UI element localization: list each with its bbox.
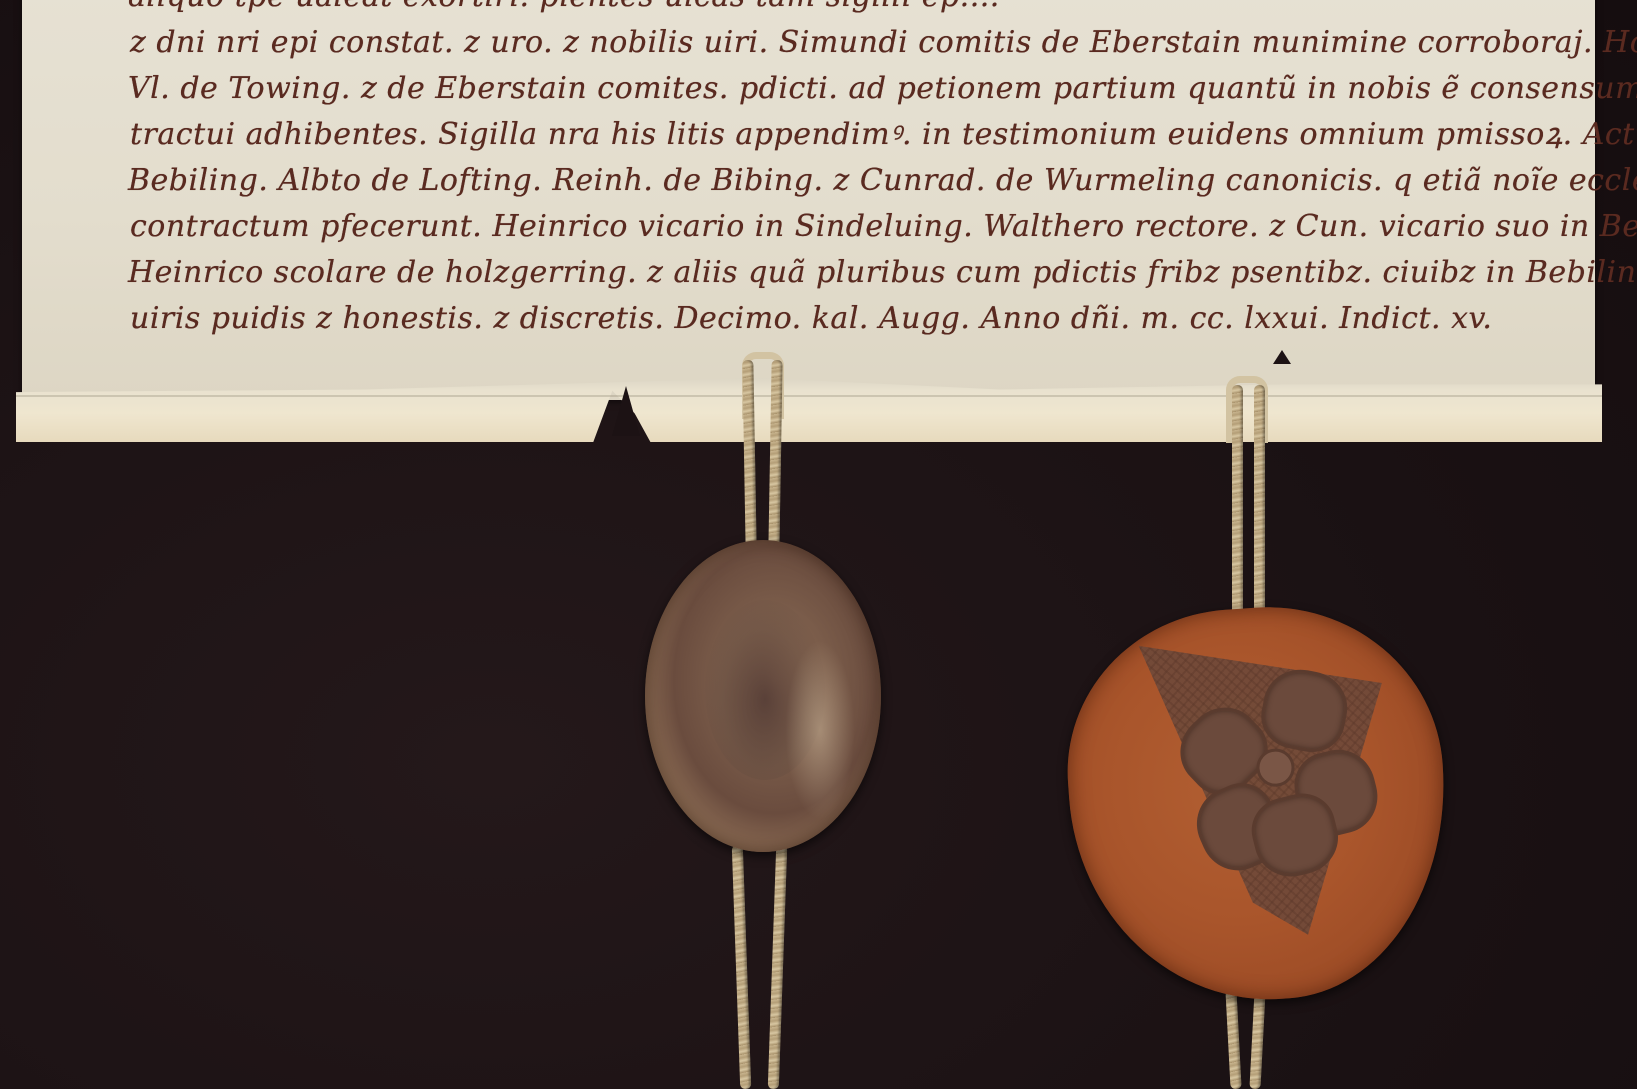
text-line-8: uiris puidis z honestis. z discretis. De… <box>130 296 1550 342</box>
left-cord-lower-a <box>732 845 752 1089</box>
right-cord-upper-a <box>1232 385 1243 625</box>
right-cord-lower-b <box>1249 990 1265 1089</box>
right-cord-upper-b <box>1254 385 1265 625</box>
rose-petal <box>1256 663 1354 758</box>
text-line-3: Vl. de Towing. z de Eberstain comites. p… <box>128 66 1548 112</box>
text-line-6: contractum pfecerunt. Heinrico vicario i… <box>130 204 1550 250</box>
text-line-1: aliquo tpe ualeat exortiri. pientes uica… <box>128 0 1548 20</box>
text-line-4: tractui adhibentes. Sigilla nra his liti… <box>130 112 1550 158</box>
left-wax-seal <box>645 540 881 852</box>
rose-center <box>1255 747 1296 788</box>
parchment-tear <box>612 386 640 436</box>
fold-crease <box>16 395 1602 397</box>
right-cord-lower-a <box>1225 990 1241 1089</box>
left-cord-upper-b <box>768 360 782 550</box>
text-line-5: Bebiling. Albto de Lofting. Reinh. de Bi… <box>128 158 1548 204</box>
parchment-sheet: aliquo tpe ualeat exortiri. pientes uica… <box>22 0 1595 400</box>
charter-text: aliquo tpe ualeat exortiri. pientes uica… <box>130 0 1550 342</box>
rose-emblem-icon <box>1166 660 1379 873</box>
seal-highlight <box>785 640 855 820</box>
text-line-7: Heinrico scolare de holzgerring. z aliis… <box>128 250 1548 296</box>
text-line-2: z dni nri epi constat. z uro. z nobilis … <box>130 20 1550 66</box>
parchment-notch <box>1273 350 1291 364</box>
right-wax-seal <box>1057 595 1458 1012</box>
charter-photograph: aliquo tpe ualeat exortiri. pientes uica… <box>0 0 1637 1089</box>
left-cord-lower-b <box>768 845 788 1089</box>
